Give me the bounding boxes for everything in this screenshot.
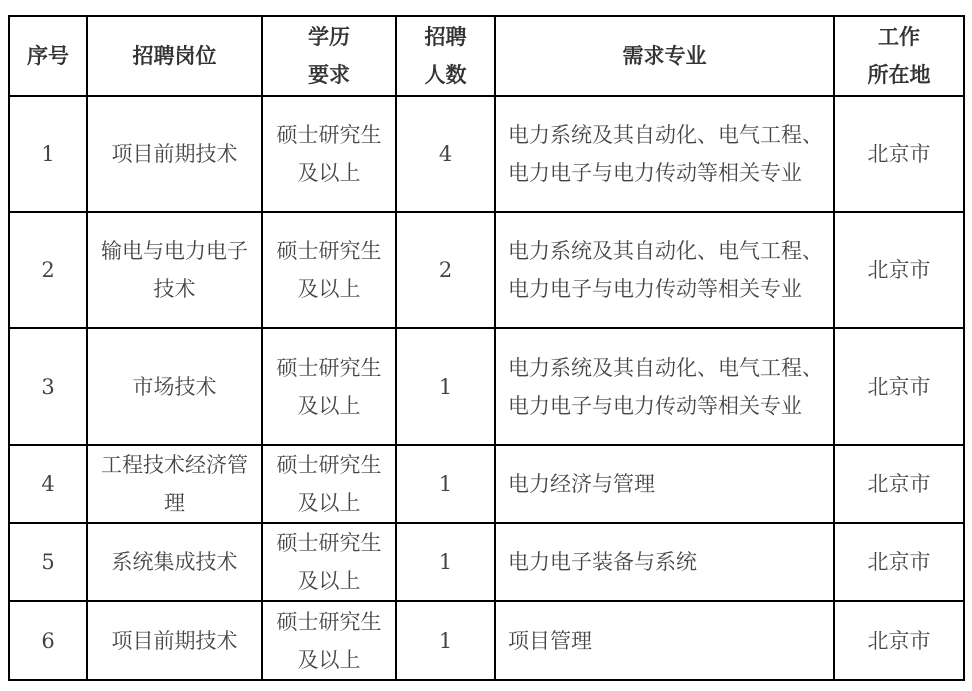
cell-location: 北京市 [834,445,964,523]
recruitment-table: 序号 招聘岗位 学历要求 招聘人数 需求专业 工作所在地 1 项目前期技术 硕士… [8,15,965,681]
cell-position: 工程技术经济管理 [87,445,262,523]
cell-count: 1 [396,328,495,445]
cell-major: 电力系统及其自动化、电气工程、电力电子与电力传动等相关专业 [495,96,834,212]
table-row: 4 工程技术经济管理 硕士研究生及以上 1 电力经济与管理 北京市 [9,445,964,523]
header-major: 需求专业 [495,16,834,96]
header-location: 工作所在地 [834,16,964,96]
cell-no: 6 [9,601,87,680]
cell-count: 1 [396,445,495,523]
cell-location: 北京市 [834,96,964,212]
header-count: 招聘人数 [396,16,495,96]
cell-location: 北京市 [834,212,964,328]
cell-location: 北京市 [834,523,964,601]
cell-no: 5 [9,523,87,601]
cell-no: 2 [9,212,87,328]
table-row: 1 项目前期技术 硕士研究生及以上 4 电力系统及其自动化、电气工程、电力电子与… [9,96,964,212]
cell-no: 3 [9,328,87,445]
table-row: 3 市场技术 硕士研究生及以上 1 电力系统及其自动化、电气工程、电力电子与电力… [9,328,964,445]
cell-position: 输电与电力电子技术 [87,212,262,328]
cell-count: 2 [396,212,495,328]
cell-position: 系统集成技术 [87,523,262,601]
cell-count: 4 [396,96,495,212]
cell-position: 项目前期技术 [87,601,262,680]
cell-no: 1 [9,96,87,212]
table-row: 6 项目前期技术 硕士研究生及以上 1 项目管理 北京市 [9,601,964,680]
cell-education: 硕士研究生及以上 [262,601,396,680]
cell-major: 项目管理 [495,601,834,680]
cell-major: 电力经济与管理 [495,445,834,523]
cell-count: 1 [396,601,495,680]
cell-position: 项目前期技术 [87,96,262,212]
cell-position: 市场技术 [87,328,262,445]
header-education: 学历要求 [262,16,396,96]
cell-location: 北京市 [834,601,964,680]
table-row: 5 系统集成技术 硕士研究生及以上 1 电力电子装备与系统 北京市 [9,523,964,601]
cell-major: 电力系统及其自动化、电气工程、电力电子与电力传动等相关专业 [495,212,834,328]
header-no: 序号 [9,16,87,96]
cell-education: 硕士研究生及以上 [262,96,396,212]
cell-major: 电力系统及其自动化、电气工程、电力电子与电力传动等相关专业 [495,328,834,445]
cell-location: 北京市 [834,328,964,445]
cell-count: 1 [396,523,495,601]
cell-education: 硕士研究生及以上 [262,328,396,445]
cell-education: 硕士研究生及以上 [262,445,396,523]
header-row: 序号 招聘岗位 学历要求 招聘人数 需求专业 工作所在地 [9,16,964,96]
cell-education: 硕士研究生及以上 [262,212,396,328]
cell-no: 4 [9,445,87,523]
cell-major: 电力电子装备与系统 [495,523,834,601]
cell-education: 硕士研究生及以上 [262,523,396,601]
header-position: 招聘岗位 [87,16,262,96]
table-row: 2 输电与电力电子技术 硕士研究生及以上 2 电力系统及其自动化、电气工程、电力… [9,212,964,328]
